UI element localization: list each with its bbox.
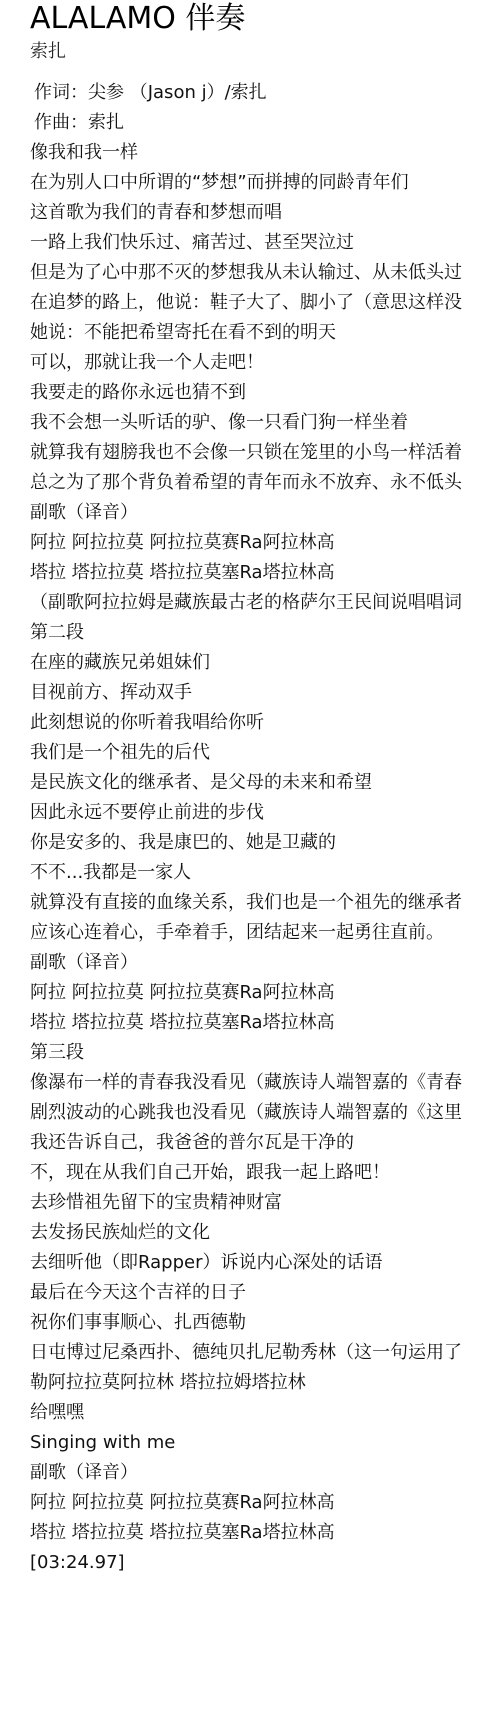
song-title: ALALAMO 伴奏 <box>30 0 500 38</box>
lyric-line: 我们是一个祖先的后代 <box>30 738 500 768</box>
lyric-line: 阿拉 阿拉拉莫 阿拉拉莫赛Ra阿拉林高 <box>30 978 500 1008</box>
credits: 作词：尖参 （Jason j）/索扎 作曲：索扎 <box>30 78 500 138</box>
lyric-line: 目视前方、挥动双手 <box>30 678 500 708</box>
lyric-line: 阿拉 阿拉拉莫 阿拉拉莫赛Ra阿拉林高 <box>30 528 500 558</box>
lyric-line: 我还告诉自己，我爸爸的普尔瓦是干净的 <box>30 1128 500 1158</box>
lyric-line: 给嘿嘿 <box>30 1398 500 1428</box>
lyric-line: 在为别人口中所谓的“梦想”而拼搏的同龄青年们 <box>30 168 500 198</box>
lyric-line: 但是为了心中那不灭的梦想我从未认输过、从未低头过 <box>30 258 500 288</box>
composer-credit: 作曲：索扎 <box>34 108 500 138</box>
lyric-line: 阿拉 阿拉拉莫 阿拉拉莫赛Ra阿拉林高 <box>30 1488 500 1518</box>
lyric-line: 剧烈波动的心跳我也没看见（藏族诗人端智嘉的《这里 <box>30 1098 500 1128</box>
lyric-line: 因此永远不要停止前进的步伐 <box>30 798 500 828</box>
lyric-line: Singing with me <box>30 1428 500 1458</box>
lyric-line: 勒阿拉拉莫阿拉林 塔拉拉姆塔拉林 <box>30 1368 500 1398</box>
section-heading: 第二段 <box>30 618 500 648</box>
lyric-line: 就算没有直接的血缘关系，我们也是一个祖先的继承者 <box>30 888 500 918</box>
lyric-line: 你是安多的、我是康巴的、她是卫藏的 <box>30 828 500 858</box>
lyric-line: 可以，那就让我一个人走吧！ <box>30 348 500 378</box>
lyric-line: 总之为了那个背负着希望的青年而永不放弃、永不低头 <box>30 468 500 498</box>
lyric-line: 去细听他（即Rapper）诉说内心深处的话语 <box>30 1248 500 1278</box>
song-artist: 索扎 <box>30 38 500 66</box>
chorus-heading: 副歌（译音） <box>30 948 500 978</box>
timestamp: [03:24.97] <box>30 1548 500 1578</box>
chorus-heading: 副歌（译音） <box>30 498 500 528</box>
lyric-line: 去珍惜祖先留下的宝贵精神财富 <box>30 1188 500 1218</box>
section-heading: 第三段 <box>30 1038 500 1068</box>
lyric-line: 塔拉 塔拉拉莫 塔拉拉莫塞Ra塔拉林高 <box>30 1518 500 1548</box>
chorus-heading: 副歌（译音） <box>30 1458 500 1488</box>
lyric-line: 在座的藏族兄弟姐妹们 <box>30 648 500 678</box>
lyric-line: 不不...我都是一家人 <box>30 858 500 888</box>
lyric-line: 是民族文化的继承者、是父母的未来和希望 <box>30 768 500 798</box>
lyric-line: 就算我有翅膀我也不会像一只锁在笼里的小鸟一样活着 <box>30 438 500 468</box>
lyric-line: 不，现在从我们自己开始，跟我一起上路吧！ <box>30 1158 500 1188</box>
lyric-line: 塔拉 塔拉拉莫 塔拉拉莫塞Ra塔拉林高 <box>30 558 500 588</box>
lyricist-credit: 作词：尖参 （Jason j）/索扎 <box>34 78 500 108</box>
lyric-line: 在追梦的路上，他说：鞋子大了、脚小了（意思这样没 <box>30 288 500 318</box>
lyrics-body: 像我和我一样 在为别人口中所谓的“梦想”而拼搏的同龄青年们 这首歌为我们的青春和… <box>30 138 500 1578</box>
lyric-line: 像我和我一样 <box>30 138 500 168</box>
lyric-line: 去发扬民族灿烂的文化 <box>30 1218 500 1248</box>
lyric-line: 她说：不能把希望寄托在看不到的明天 <box>30 318 500 348</box>
lyric-line: 像瀑布一样的青春我没看见（藏族诗人端智嘉的《青春 <box>30 1068 500 1098</box>
lyrics-page: ALALAMO 伴奏 索扎 作词：尖参 （Jason j）/索扎 作曲：索扎 像… <box>30 0 500 1578</box>
lyric-line: 日屯博过尼桑西扑、德纯贝扎尼勒秀林（这一句运用了 <box>30 1338 500 1368</box>
lyric-line: 我不会想一头听话的驴、像一只看门狗一样坐着 <box>30 408 500 438</box>
lyric-line: 一路上我们快乐过、痛苦过、甚至哭泣过 <box>30 228 500 258</box>
lyric-note: （副歌阿拉拉姆是藏族最古老的格萨尔王民间说唱唱词 <box>30 588 500 618</box>
lyric-line: 塔拉 塔拉拉莫 塔拉拉莫塞Ra塔拉林高 <box>30 1008 500 1038</box>
lyric-line: 祝你们事事顺心、扎西德勒 <box>30 1308 500 1338</box>
lyric-line: 我要走的路你永远也猜不到 <box>30 378 500 408</box>
lyric-line: 这首歌为我们的青春和梦想而唱 <box>30 198 500 228</box>
lyric-line: 最后在今天这个吉祥的日子 <box>30 1278 500 1308</box>
lyric-line: 应该心连着心，手牵着手，团结起来一起勇往直前。 <box>30 918 500 948</box>
lyric-line: 此刻想说的你听着我唱给你听 <box>30 708 500 738</box>
